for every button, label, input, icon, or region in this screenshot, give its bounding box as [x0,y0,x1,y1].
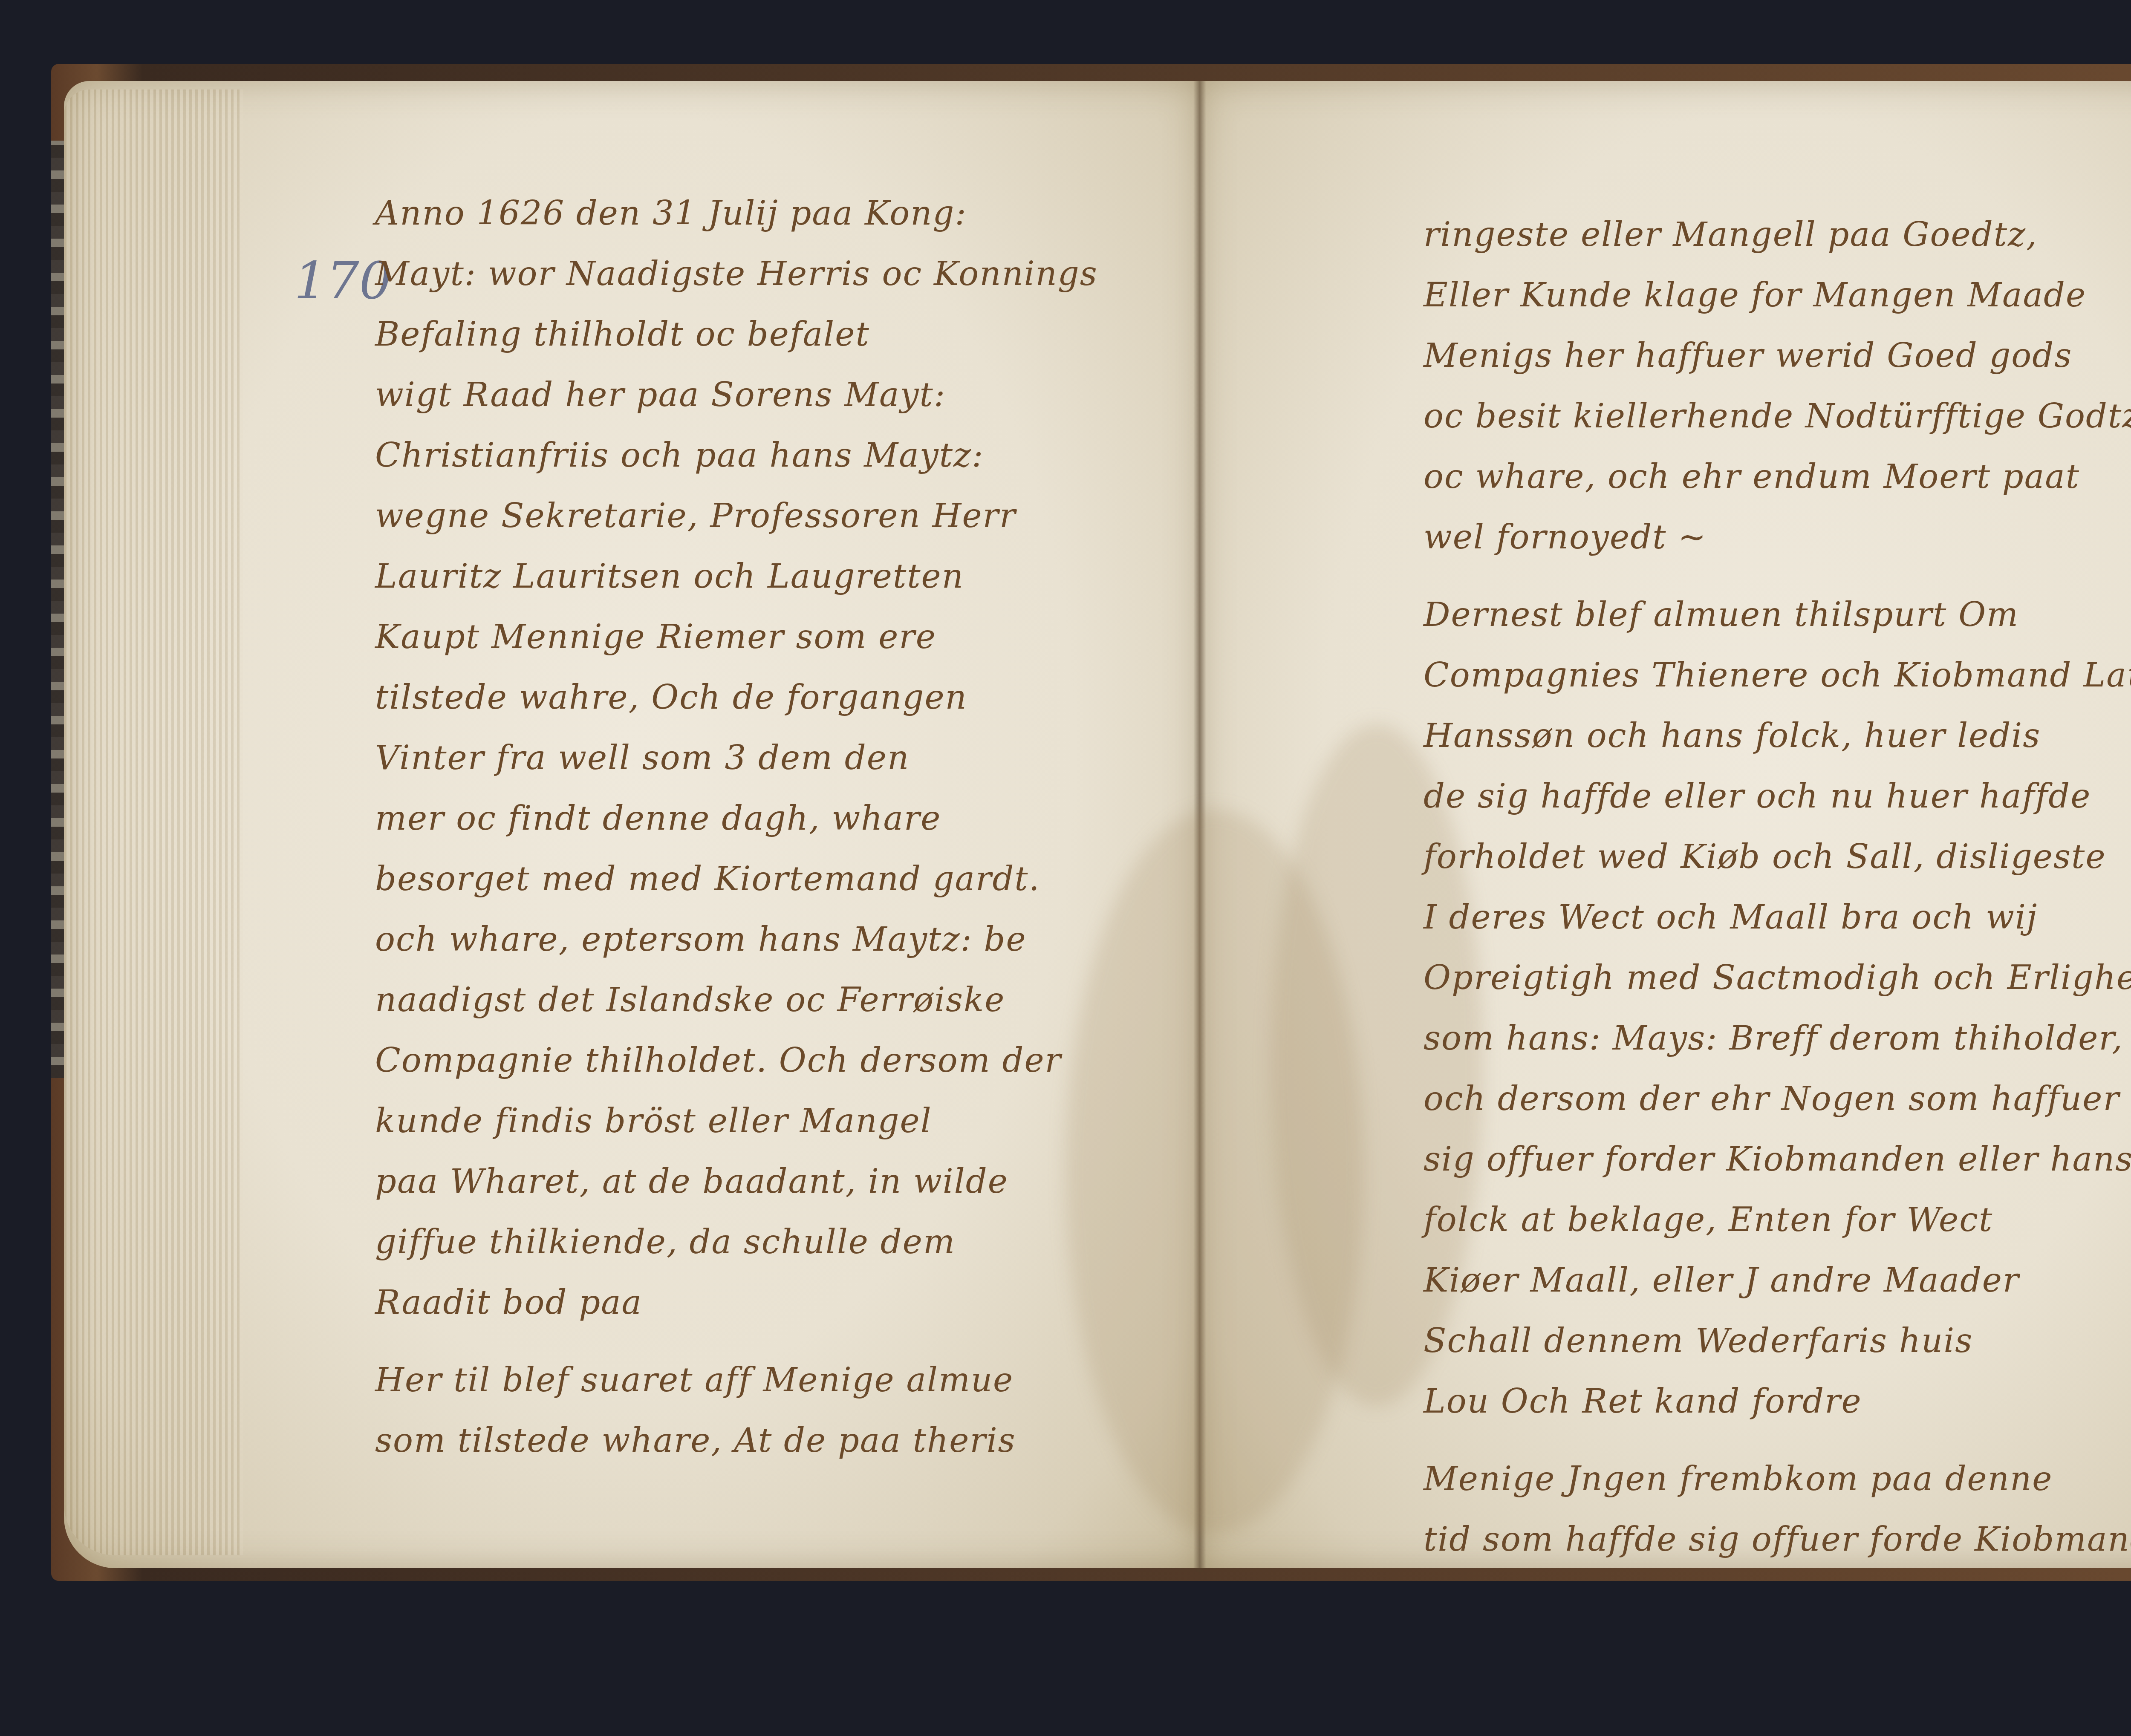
text-line: kunde findis bröst eller Mangel [375,1091,1185,1151]
text-line: Lauritz Lauritsen och Laugretten [375,546,1185,607]
text-line: Menigs her haffuer werid Goed gods [1424,326,2131,386]
text-line: Befaling thilholdt oc befalet [375,304,1185,365]
text-line: Menige Jngen frembkom paa denne [1424,1449,2131,1509]
text-line: Schall dennem Wederfaris huis [1424,1311,2131,1371]
text-line: Opreigtigh med Sactmodigh och Erlighe [1424,948,2131,1008]
left-page-edges [64,89,243,1555]
text-line: forholdet wed Kiøb och Sall, disligeste [1424,827,2131,887]
text-line: Eller Kunde klage for Mangen Maade [1424,265,2131,326]
text-line: de sig haffde eller och nu huer haffde [1424,766,2131,827]
text-line: Mayt: wor Naadigste Herris oc Konnings [375,244,1185,304]
text-line: Compagnie thilholdet. Och dersom der [375,1030,1185,1091]
text-line: tid som haffde sig offuer forde Kiobmand… [1424,1509,2131,1570]
text-line: giffue thilkiende, da schulle dem [375,1212,1185,1272]
text-line: och whare, eptersom hans Maytz: be [375,909,1185,970]
text-line: wel fornoyedt ~ [1424,507,2131,568]
text-line: Christianfriis och paa hans Maytz: [375,425,1185,486]
text-line: Hanssøn och hans folck, huer ledis [1424,706,2131,766]
text-line: Vinter fra well som 3 dem den [375,728,1185,788]
text-line: som hans: Mays: Breff derom thiholder, [1424,1008,2131,1069]
text-line: oc whare, och ehr endum Moert paat [1424,447,2131,507]
right-page-text: ringeste eller Mangell paa Goedtz, Eller… [1424,205,2131,1570]
left-page-text: Anno 1626 den 31 Julij paa Kong: Mayt: w… [375,183,1185,1471]
text-line: Kiøer Maall, eller J andre Maader [1424,1250,2131,1311]
text-line: I deres Wect och Maall bra och wij [1424,887,2131,948]
text-line: wigt Raad her paa Sorens Mayt: [375,365,1185,425]
text-line: paa Wharet, at de baadant, in wilde [375,1151,1185,1212]
text-line: Her til blef suaret aff Menige almue [375,1350,1185,1410]
text-line: naadigst det Islandske oc Ferrøiske [375,970,1185,1030]
text-line: besorget med med Kiortemand gardt. [375,849,1185,909]
text-line: tilstede wahre, Och de forgangen [375,667,1185,728]
text-line: ringeste eller Mangell paa Goedtz, [1424,205,2131,265]
text-line: Lou Och Ret kand fordre [1424,1371,2131,1432]
text-line: oc besit kiellerhende Nodtürfftige Godtz [1424,386,2131,447]
text-line: och dersom der ehr Nogen som haffuer [1424,1069,2131,1129]
text-line: som tilstede whare, At de paa theris [375,1410,1185,1471]
text-line: Compagnies Thienere och Kiobmand Lauritz [1424,645,2131,706]
text-line: mer oc findt denne dagh, whare [375,788,1185,849]
text-line: sig offuer forder Kiobmanden eller hans [1424,1129,2131,1190]
text-line: Kaupt Mennige Riemer som ere [375,607,1185,667]
text-line: folck at beklage, Enten for Wect [1424,1190,2131,1250]
text-line: Raadit bod paa [375,1272,1185,1333]
text-line: wegne Sekretarie, Professoren Herr [375,486,1185,546]
text-line: Dernest blef almuen thilspurt Om [1424,585,2131,645]
text-line: Anno 1626 den 31 Julij paa Kong: [375,183,1185,244]
